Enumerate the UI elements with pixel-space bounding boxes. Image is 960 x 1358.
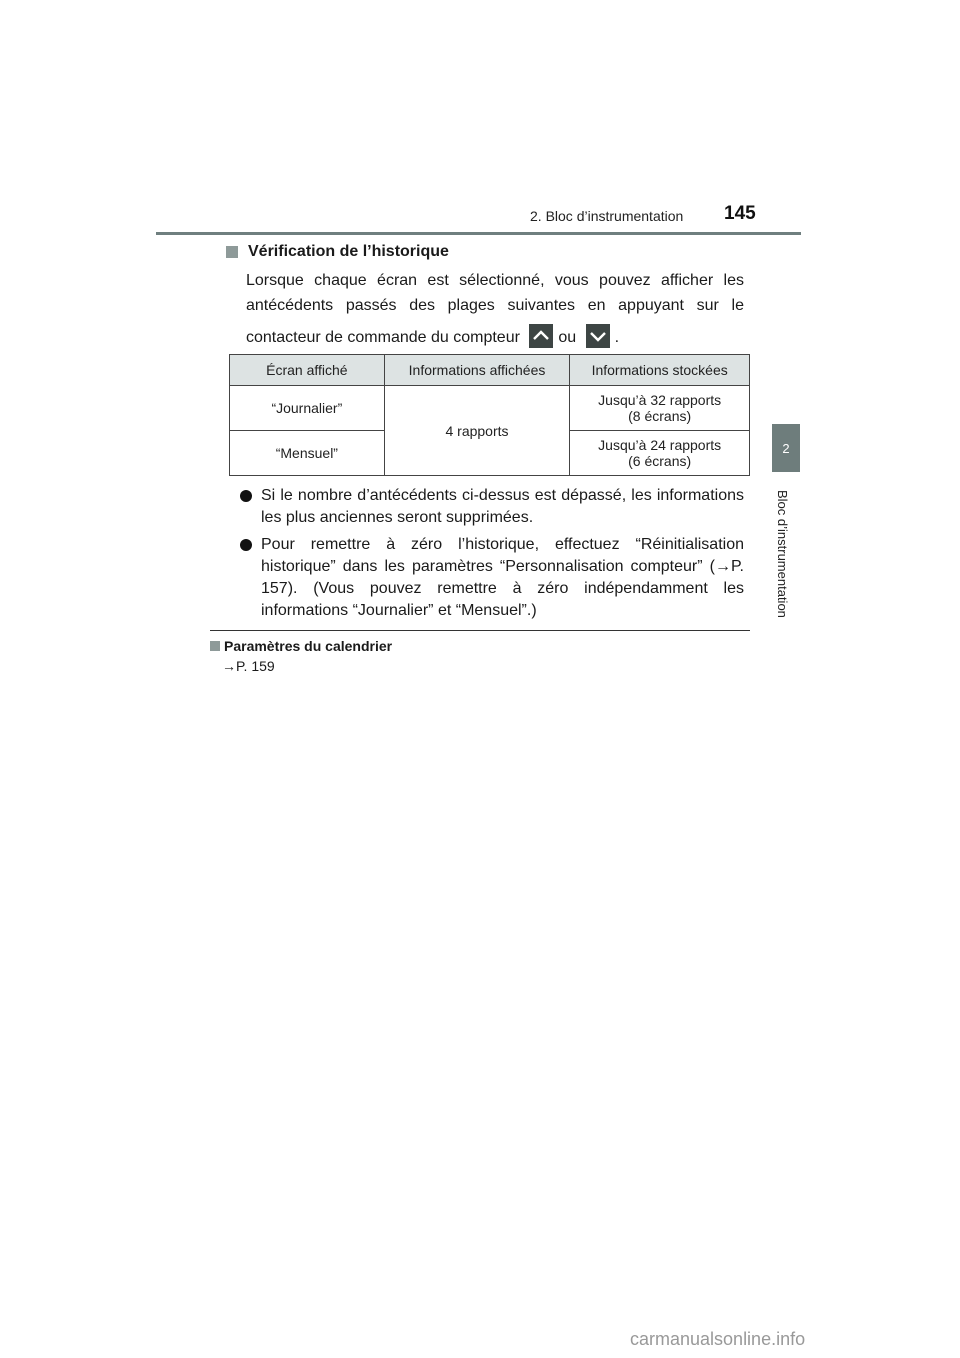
section-divider — [210, 630, 750, 631]
table-row: “Journalier” 4 rapports Jusqu’à 32 rappo… — [230, 386, 750, 431]
chevron-up-icon — [529, 324, 553, 348]
table-cell: Jusqu’à 24 rapports(6 écrans) — [570, 431, 750, 476]
history-table: Écran affiché Informations affichées Inf… — [229, 354, 750, 476]
chevron-down-icon — [586, 324, 610, 348]
cell-text: Jusqu’à 32 rapports — [598, 392, 721, 408]
paragraph-text: . — [615, 329, 619, 346]
column-header: Informations affichées — [384, 355, 570, 386]
chapter-side-label-text: Bloc d’instrumentation — [775, 490, 790, 618]
page-reference-link[interactable]: →P. 159 — [222, 658, 275, 674]
list-item-text: Pour remettre à zéro l’historique, effec… — [261, 536, 744, 619]
cell-text: (8 écrans) — [628, 408, 691, 424]
section-paragraph: Lorsque chaque écran est sélectionné, vo… — [246, 268, 744, 350]
bullet-dot-icon — [240, 490, 252, 502]
section-heading: Vérification de l’historique — [226, 243, 449, 261]
paragraph-line: antécédents passés des plages suivantes … — [246, 293, 744, 318]
page-number: 145 — [724, 203, 756, 225]
subsection-heading: Paramètres du calendrier — [210, 638, 392, 654]
column-header: Écran affiché — [230, 355, 385, 386]
chapter-tab[interactable]: 2 — [772, 424, 800, 472]
watermark: carmanualsonline.info — [630, 1329, 805, 1350]
bullet-list: Si le nombre d’antécédents ci-dessus est… — [240, 485, 744, 627]
column-header: Informations stockées — [570, 355, 750, 386]
section-title: Vérification de l’historique — [248, 243, 449, 261]
list-item: Si le nombre d’antécédents ci-dessus est… — [240, 485, 744, 529]
paragraph-line: contacteur de commande du compteur ou . — [246, 324, 744, 350]
paragraph-text: ou — [558, 329, 576, 346]
list-item: Pour remettre à zéro l’historique, effec… — [240, 534, 744, 622]
table-cell: 4 rapports — [384, 386, 570, 476]
list-item-text: Si le nombre d’antécédents ci-dessus est… — [261, 487, 744, 526]
chapter-side-label: Bloc d’instrumentation — [775, 490, 795, 640]
header-divider — [156, 232, 801, 235]
cell-text: Jusqu’à 24 rapports — [598, 437, 721, 453]
bullet-dot-icon — [240, 539, 252, 551]
paragraph-line: Lorsque chaque écran est sélectionné, vo… — [246, 268, 744, 293]
square-bullet-icon — [226, 246, 238, 258]
paragraph-text: contacteur de commande du compteur — [246, 329, 520, 346]
cell-text: (6 écrans) — [628, 453, 691, 469]
square-bullet-icon — [210, 641, 220, 651]
table-cell: Jusqu’à 32 rapports(8 écrans) — [570, 386, 750, 431]
table-cell: “Journalier” — [230, 386, 385, 431]
table-header-row: Écran affiché Informations affichées Inf… — [230, 355, 750, 386]
table-cell: “Mensuel” — [230, 431, 385, 476]
subsection-title: Paramètres du calendrier — [224, 638, 392, 654]
header-section-title: 2. Bloc d’instrumentation — [530, 208, 683, 224]
